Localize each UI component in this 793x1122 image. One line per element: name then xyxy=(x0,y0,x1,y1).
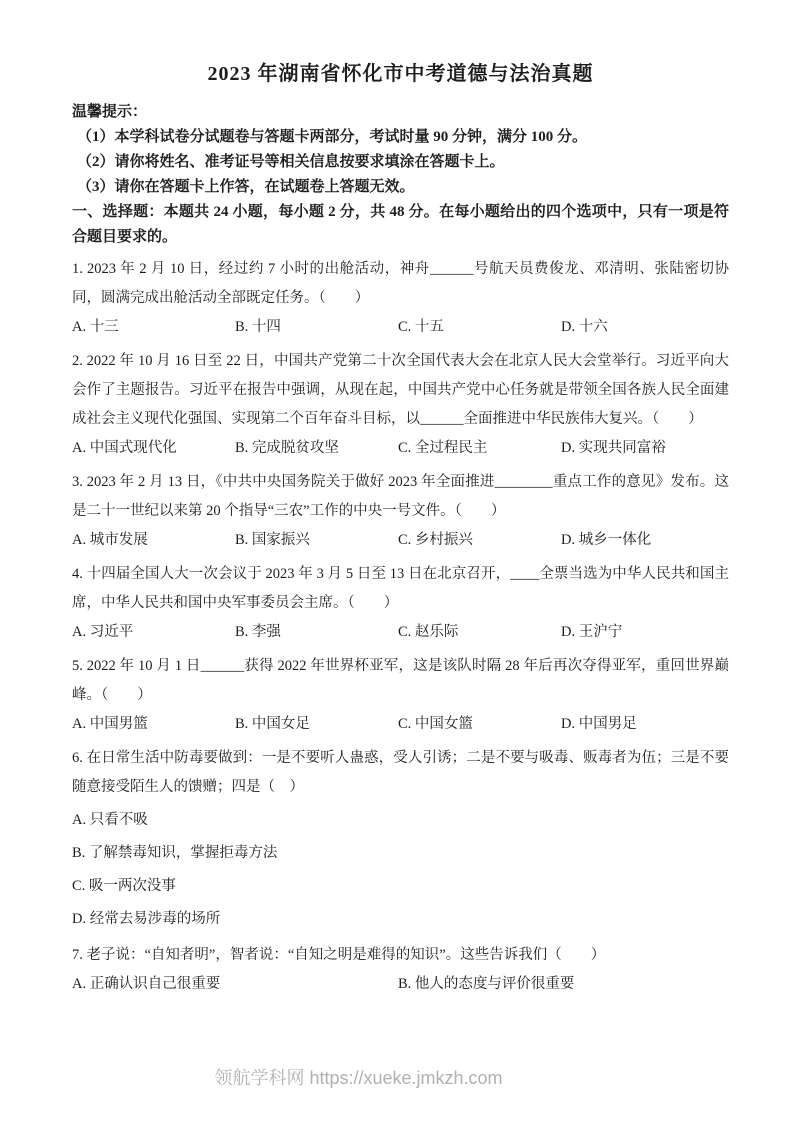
question-4-options: A. 习近平 B. 李强 C. 赵乐际 D. 王沪宁 xyxy=(72,618,729,647)
question-2-options: A. 中国式现代化 B. 完成脱贫攻坚 C. 全过程民主 D. 实现共同富裕 xyxy=(72,434,729,463)
question-2: 2. 2022 年 10 月 16 日至 22 日，中国共产党第二十次全国代表大… xyxy=(72,347,729,463)
question-7: 7. 老子说：“自知者明”，智者说：“自知之明是难得的知识”。这些告诉我们（ ）… xyxy=(72,941,729,999)
option-a: A. 十三 xyxy=(72,313,235,342)
option-b: B. 中国女足 xyxy=(235,710,398,739)
option-b: B. 完成脱贫攻坚 xyxy=(235,434,398,463)
page-content: 2023 年湖南省怀化市中考道德与法治真题 温馨提示： （1）本学科试卷分试题卷… xyxy=(0,0,793,999)
option-d: D. 实现共同富裕 xyxy=(561,434,666,463)
option-a: A. 只看不吸 xyxy=(72,804,729,837)
option-b: B. 国家振兴 xyxy=(235,526,398,555)
question-3-options: A. 城市发展 B. 国家振兴 C. 乡村振兴 D. 城乡一体化 xyxy=(72,526,729,555)
option-c: C. 十五 xyxy=(398,313,561,342)
option-a: A. 中国式现代化 xyxy=(72,434,235,463)
question-4: 4. 十四届全国人大一次会议于 2023 年 3 月 5 日至 13 日在北京召… xyxy=(72,560,729,647)
option-a: A. 正确认识自己很重要 xyxy=(72,970,398,999)
notice-heading: 温馨提示： xyxy=(72,100,729,125)
option-c: C. 赵乐际 xyxy=(398,618,561,647)
question-text: 3. 2023 年 2 月 13 日，《中共中央国务院关于做好 2023 年全面… xyxy=(72,468,729,526)
option-b: B. 了解禁毒知识，掌握拒毒方法 xyxy=(72,837,729,870)
option-d: D. 王沪宁 xyxy=(561,618,622,647)
notice-item-2: （2）请你将姓名、准考证号等相关信息按要求填涂在答题卡上。 xyxy=(72,150,729,175)
notice-item-1: （1）本学科试卷分试题卷与答题卡两部分，考试时量 90 分钟，满分 100 分。 xyxy=(72,125,729,150)
option-c: C. 乡村振兴 xyxy=(398,526,561,555)
option-b: B. 十四 xyxy=(235,313,398,342)
option-d: D. 经常去易涉毒的场所 xyxy=(72,903,729,936)
option-c: C. 吸一两次没事 xyxy=(72,870,729,903)
option-b: B. 李强 xyxy=(235,618,398,647)
exam-paper-page: 2023 年湖南省怀化市中考道德与法治真题 温馨提示： （1）本学科试卷分试题卷… xyxy=(0,0,793,1122)
option-d: D. 城乡一体化 xyxy=(561,526,651,555)
question-6-options: A. 只看不吸 B. 了解禁毒知识，掌握拒毒方法 C. 吸一两次没事 D. 经常… xyxy=(72,804,729,936)
question-text: 4. 十四届全国人大一次会议于 2023 年 3 月 5 日至 13 日在北京召… xyxy=(72,560,729,618)
notice-item-3: （3）请你在答题卡上作答，在试题卷上答题无效。 xyxy=(72,175,729,200)
question-5-options: A. 中国男篮 B. 中国女足 C. 中国女篮 D. 中国男足 xyxy=(72,710,729,739)
option-a: A. 中国男篮 xyxy=(72,710,235,739)
question-text: 6. 在日常生活中防毒要做到：一是不要听人蛊惑，受人引诱；二是不要与吸毒、贩毒者… xyxy=(72,744,729,802)
question-text: 1. 2023 年 2 月 10 日，经过约 7 小时的出舱活动，神舟_____… xyxy=(72,255,729,313)
option-c: C. 全过程民主 xyxy=(398,434,561,463)
question-text: 2. 2022 年 10 月 16 日至 22 日，中国共产党第二十次全国代表大… xyxy=(72,347,729,434)
option-a: A. 城市发展 xyxy=(72,526,235,555)
question-1: 1. 2023 年 2 月 10 日，经过约 7 小时的出舱活动，神舟_____… xyxy=(72,255,729,342)
option-a: A. 习近平 xyxy=(72,618,235,647)
question-text: 7. 老子说：“自知者明”，智者说：“自知之明是难得的知识”。这些告诉我们（ ） xyxy=(72,941,729,970)
section-header: 一、选择题：本题共 24 小题，每小题 2 分，共 48 分。在每小题给出的四个… xyxy=(72,200,729,250)
option-d: D. 十六 xyxy=(561,313,608,342)
question-1-options: A. 十三 B. 十四 C. 十五 D. 十六 xyxy=(72,313,729,342)
option-c: C. 中国女篮 xyxy=(398,710,561,739)
question-3: 3. 2023 年 2 月 13 日，《中共中央国务院关于做好 2023 年全面… xyxy=(72,468,729,555)
option-d: D. 中国男足 xyxy=(561,710,637,739)
option-b: B. 他人的态度与评价很重要 xyxy=(398,970,574,999)
question-text: 5. 2022 年 10 月 1 日______获得 2022 年世界杯亚军，这… xyxy=(72,652,729,710)
question-7-options: A. 正确认识自己很重要 B. 他人的态度与评价很重要 xyxy=(72,970,729,999)
page-title: 2023 年湖南省怀化市中考道德与法治真题 xyxy=(72,60,729,88)
site-watermark: 领航学科网 https://xueke.jmkzh.com xyxy=(0,1064,793,1090)
question-5: 5. 2022 年 10 月 1 日______获得 2022 年世界杯亚军，这… xyxy=(72,652,729,739)
question-6: 6. 在日常生活中防毒要做到：一是不要听人蛊惑，受人引诱；二是不要与吸毒、贩毒者… xyxy=(72,744,729,936)
